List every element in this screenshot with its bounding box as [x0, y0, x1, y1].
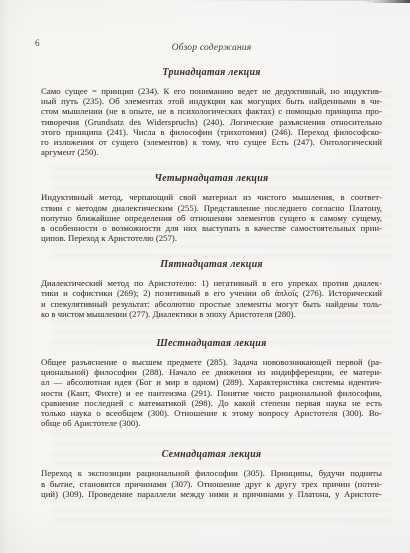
lecture-section: Пятнадцатая лекция Диалектический метод … — [41, 258, 382, 319]
summary-line: циональной) философии (288). Начало ее д… — [41, 367, 382, 377]
show-through-smudge — [52, 498, 392, 524]
lecture-summary: Диалектический метод по Аристотелю: 1) н… — [41, 278, 382, 319]
summary-line: обще об Аристотеле (300). — [41, 418, 382, 428]
summary-line: ный путь (235). Об элементах этой индукц… — [41, 96, 382, 106]
summary-line: аргумент (250). — [41, 147, 382, 157]
summary-line: в особенности о возможности для них выст… — [41, 223, 382, 233]
summary-line: Переход к экспозиции рациональной филосо… — [41, 468, 382, 478]
book-page-scan: 6 Обзор содержания Тринадцатая лекция Са… — [0, 0, 410, 553]
lecture-heading: Тринадцатая лекция — [41, 66, 382, 79]
page-number: 6 — [35, 38, 40, 48]
summary-line: только наука о всеобщем (300). Отношение… — [41, 408, 382, 418]
summary-line: и спекулятивный результат: абсолютно про… — [41, 299, 382, 309]
summary-line: ципов. Переход к Аристотелю (257). — [41, 233, 382, 243]
summary-line: ности (Кант, Фихте) и ее пантеизма (291)… — [41, 388, 382, 398]
summary-line: в бытие, становятся причинами (307). Отн… — [41, 479, 382, 489]
summary-line: Общее разъяснение о высшем предмете (285… — [41, 357, 382, 367]
lecture-heading: Четырнадцатая лекция — [41, 172, 382, 185]
summary-line: тики и софистики (269); 2) позитивный в … — [41, 288, 382, 298]
page-header: 6 Обзор содержания — [41, 37, 382, 50]
lecture-summary: Переход к экспозиции рациональной филосо… — [41, 468, 382, 499]
lecture-section: Четырнадцатая лекция Индуктивный метод, … — [41, 172, 382, 243]
lecture-summary: Индуктивный метод, черпающий свой матери… — [41, 192, 382, 243]
summary-line: сравнение последней с математикой (298).… — [41, 398, 382, 408]
scan-edge-line — [180, 0, 370, 1]
summary-line: ций) (309). Проведение параллели между н… — [41, 489, 382, 499]
lecture-section: Тринадцатая лекция Само сущее = принцип … — [41, 66, 382, 157]
scan-edge-artifact — [364, 0, 410, 3]
lecture-section: Шестнадцатая лекция Общее разъяснение о … — [41, 337, 382, 428]
lecture-section: Семнадцатая лекция Переход к экспозиции … — [41, 448, 382, 499]
table-of-contents: Тринадцатая лекция Само сущее = принцип … — [41, 66, 382, 499]
summary-line: Индуктивный метод, черпающий свой матери… — [41, 192, 382, 202]
summary-line: этого принципа (241). Числа в философии … — [41, 127, 382, 137]
summary-line: стом мышлении (не в опыте, не в психолог… — [41, 106, 382, 116]
lecture-summary: Само сущее = принцип (234). К его понима… — [41, 86, 382, 157]
summary-line: Диалектический метод по Аристотелю: 1) н… — [41, 278, 382, 288]
summary-line: ал — абсолютная идея (Бог и мир в одном)… — [41, 377, 382, 387]
lecture-heading: Пятнадцатая лекция — [41, 258, 382, 271]
lecture-summary: Общее разъяснение о высшем предмете (285… — [41, 357, 382, 428]
summary-line: Само сущее = принцип (234). К его понима… — [41, 86, 382, 96]
summary-line: тиворечия (Grundsatz des Widerspruchs) (… — [41, 117, 382, 127]
lecture-heading: Семнадцатая лекция — [41, 448, 382, 461]
summary-line: ствии с методом диалектическим (255). Пр… — [41, 203, 382, 213]
summary-line: го изложения от сущего (элементов) к том… — [41, 137, 382, 147]
summary-line: ко в чистом мышлении (277). Диалектики в… — [41, 309, 382, 319]
running-header: Обзор содержания — [172, 43, 252, 53]
lecture-heading: Шестнадцатая лекция — [41, 337, 382, 350]
summary-line: попутно ближайшие определения об отношен… — [41, 213, 382, 223]
